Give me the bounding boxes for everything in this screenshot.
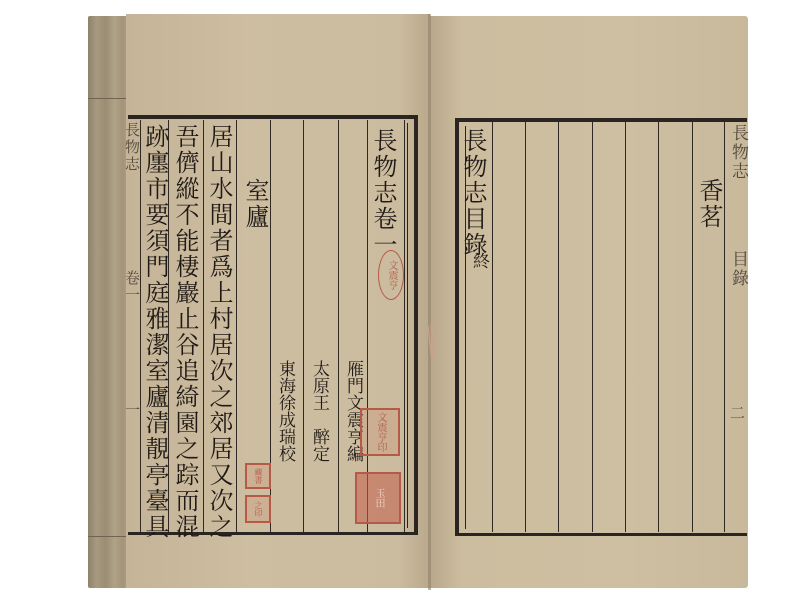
left-spine-title: 長物志 — [124, 122, 139, 173]
seal-square-1: 文震亨印 — [360, 408, 400, 456]
author-column-1: 雁門文震亨編 — [344, 360, 361, 462]
book-gutter — [428, 14, 431, 590]
author-column-3: 東海徐成瑞校 — [276, 360, 293, 462]
right-title-column: 長物志目錄 — [461, 128, 485, 258]
author-column-2: 太原王 醉定 — [310, 360, 327, 462]
end-mark: 終 — [470, 252, 487, 269]
seal-square-4: 之印 — [245, 495, 271, 523]
right-spine-title: 長物志 — [729, 124, 746, 181]
seal-square-2: 玉田 — [355, 472, 401, 524]
text-column-2: 吾儕縱不能棲巖止谷追綺園之踪而混 — [173, 124, 197, 540]
seal-oval: 文震亨 — [378, 250, 404, 300]
bookmark-thread-icon — [426, 318, 438, 364]
right-spine-page: 二 — [729, 405, 744, 422]
chapter-heading: 室廬 — [243, 178, 267, 230]
text-column-1: 居山水間者爲上村居次之郊居又次之 — [207, 124, 231, 540]
seal-square-3: 藏書 — [245, 463, 271, 489]
text-column-3: 跡廛市要須門庭雅潔室廬清靚亭臺具 — [143, 124, 167, 540]
open-book: 長物志 卷一 一 長物志卷一 文震亨 雁門文震亨編 太原王 醉定 東海徐成瑞校 … — [0, 0, 809, 607]
left-spine-volume: 卷一 — [124, 270, 139, 304]
left-title-column: 長物志卷一 — [371, 128, 395, 258]
right-spine-section: 目錄 — [729, 250, 746, 288]
toc-entry-xiangming: 香茗 — [697, 178, 721, 230]
left-spine-page: 一 — [124, 402, 139, 419]
